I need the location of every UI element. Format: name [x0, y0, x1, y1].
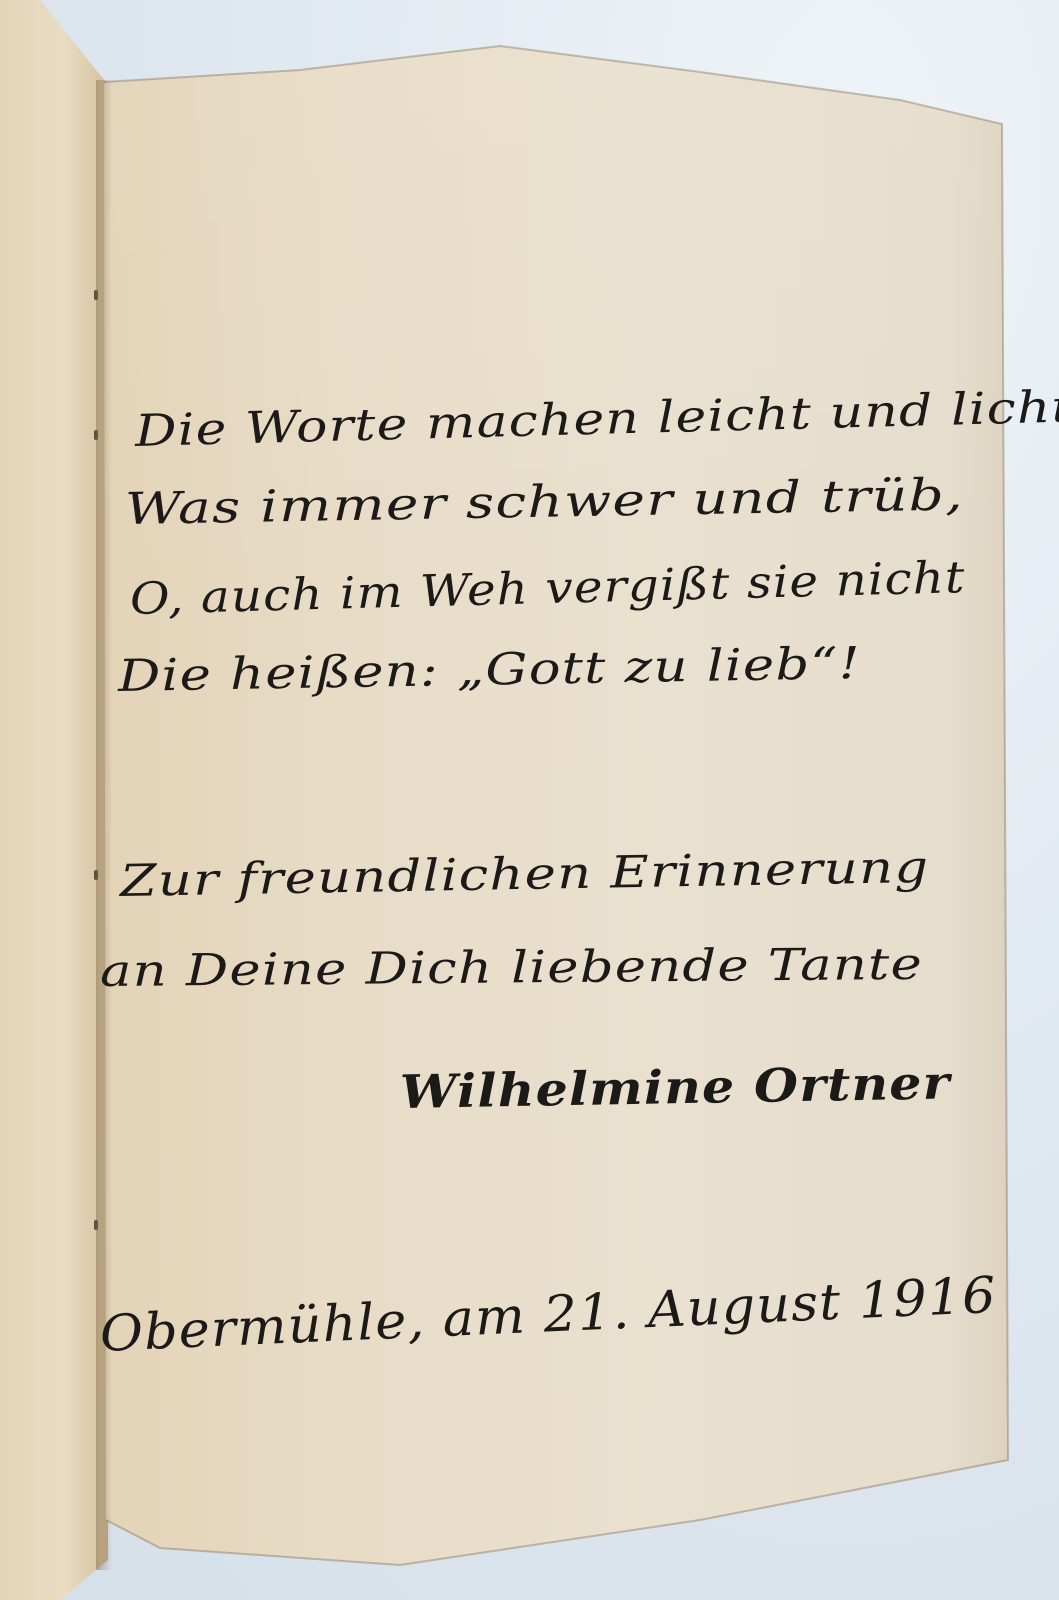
album-page	[100, 0, 1040, 1600]
dedication-line-2: an Deine Dich liebende Tante	[100, 943, 923, 994]
left-page	[0, 0, 108, 1600]
signature: Wilhelmine Ortner	[400, 1055, 951, 1119]
verse-line-4: Die heißen: „Gott zu lieb“!	[118, 642, 862, 699]
